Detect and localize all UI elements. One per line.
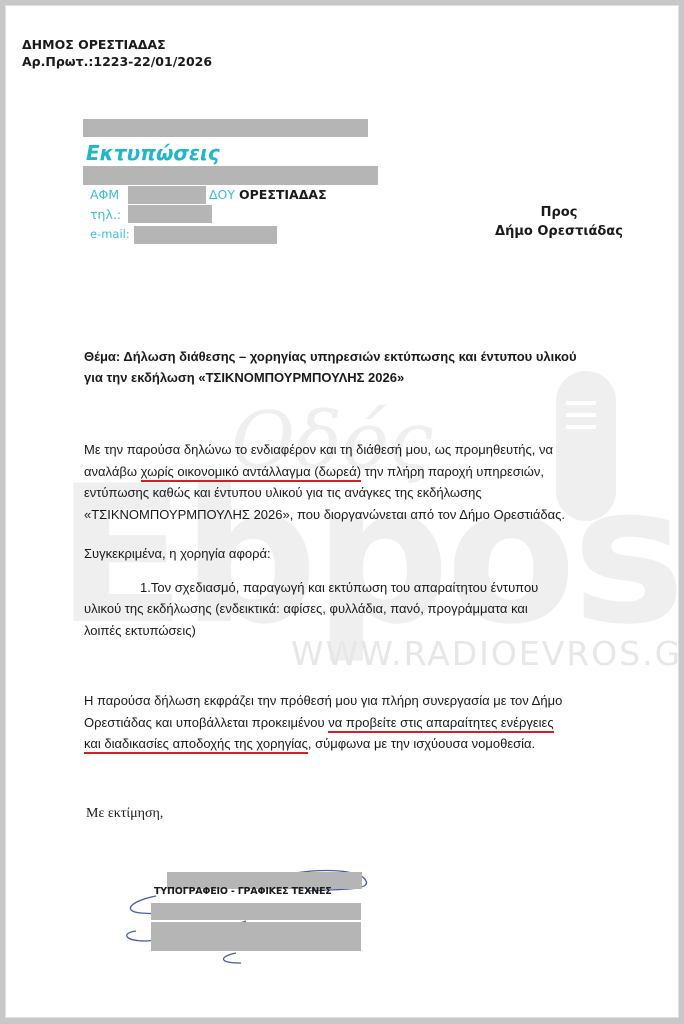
text-line: και διαδικασίες αποδοχής της χορηγίας, σ… bbox=[84, 733, 654, 755]
redacted-address bbox=[83, 166, 378, 185]
text-fragment: Ορεστιάδας και υποβάλλεται προκειμένου bbox=[84, 715, 328, 730]
underlined-donation-text: χωρίς οικονομικό αντάλλαγμα (δωρεά) bbox=[141, 464, 361, 479]
redacted-stamp-line-1 bbox=[151, 903, 361, 920]
redacted-email bbox=[134, 226, 277, 244]
text-line: Η παρούσα δήλωση εκφράζει την πρόθεσή μο… bbox=[84, 690, 654, 712]
underlined-procedures-text: και διαδικασίες αποδοχής της χορηγίας bbox=[84, 736, 308, 751]
text-line: Με την παρούσα δηλώνω το ενδιαφέρον και … bbox=[84, 439, 654, 461]
text-fragment: αναλάβω bbox=[84, 464, 141, 479]
document-page: Οδός Ebpos971 WWW.RADIOEVROS.GR ΔΗΜΟΣ ΟΡ… bbox=[5, 5, 679, 1018]
redacted-stamp-line-2 bbox=[151, 922, 361, 951]
afm-label: ΑΦΜ bbox=[90, 187, 119, 202]
text-line: Ορεστιάδας και υποβάλλεται προκειμένου ν… bbox=[84, 712, 654, 734]
text-line: λοιπές εκτυπώσεις) bbox=[84, 620, 654, 642]
phone-label: τηλ.: bbox=[90, 207, 121, 222]
redacted-company-name bbox=[83, 119, 368, 137]
subject-line-2: για την εκδήλωση «ΤΣΙΚΝΟΜΠΟΥΡΜΠΟΥΛΗΣ 202… bbox=[84, 367, 644, 388]
underlined-actions-text: να προβείτε στις απαραίτητες ενέργειες bbox=[328, 715, 553, 730]
doy-value: ΟΡΕΣΤΙΑΔΑΣ bbox=[239, 187, 327, 202]
doy-label: ΔΟΥ bbox=[209, 187, 235, 202]
recipient: Προς Δήμο Ορεστιάδας bbox=[479, 203, 639, 241]
text-fragment: , σύμφωνα με την ισχύουσα νομοθεσία. bbox=[308, 736, 535, 751]
text-fragment: την πλήρη παροχή υπηρεσιών, bbox=[361, 464, 544, 479]
subject: Θέμα: Δήλωση διάθεσης – χορηγίας υπηρεσι… bbox=[84, 346, 644, 388]
recipient-to: Προς bbox=[479, 203, 639, 222]
protocol-number: Αρ.Πρωτ.:1223-22/01/2026 bbox=[22, 53, 212, 70]
paragraph-sponsorship: Συγκεκριμένα, η χορηγία αφορά: 1.Τον σχε… bbox=[84, 543, 654, 641]
text-line: υλικού της εκδήλωσης (ενδεικτικά: αφίσες… bbox=[84, 598, 654, 620]
document-header: ΔΗΜΟΣ ΟΡΕΣΤΙΑΔΑΣ Αρ.Πρωτ.:1223-22/01/202… bbox=[22, 36, 212, 70]
closing: Με εκτίμηση, bbox=[86, 806, 163, 822]
list-item: 1.Τον σχεδιασμό, παραγωγή και εκτύπωση τ… bbox=[84, 577, 654, 599]
text-line: Συγκεκριμένα, η χορηγία αφορά: bbox=[84, 543, 654, 565]
redacted-phone bbox=[128, 205, 212, 223]
afm-row: ΑΦΜ bbox=[90, 187, 119, 202]
stamp-label: ΤΥΠΟΓΡΑΦΕΙΟ - ΓΡΑΦΙΚΕΣ ΤΕΧΝΕΣ bbox=[154, 886, 332, 897]
recipient-name: Δήμο Ορεστιάδας bbox=[479, 222, 639, 241]
text-line: εντύπωσης καθώς και έντυπου υλικού για τ… bbox=[84, 482, 654, 504]
doy-row: ΔΟΥ ΟΡΕΣΤΙΑΔΑΣ bbox=[209, 187, 327, 202]
brand-name: Εκτυπώσεις bbox=[86, 141, 220, 165]
paragraph-intent: Η παρούσα δήλωση εκφράζει την πρόθεσή μο… bbox=[84, 690, 654, 755]
subject-line-1: Θέμα: Δήλωση διάθεσης – χορηγίας υπηρεσι… bbox=[84, 346, 644, 367]
redacted-afm bbox=[128, 186, 206, 204]
email-label: e-mail: bbox=[90, 227, 130, 241]
text-line: «ΤΣΙΚΝΟΜΠΟΥΡΜΠΟΥΛΗΣ 2026», που διοργανών… bbox=[84, 504, 654, 526]
paragraph-declaration: Με την παρούσα δηλώνω το ενδιαφέρον και … bbox=[84, 439, 654, 525]
municipality-name: ΔΗΜΟΣ ΟΡΕΣΤΙΑΔΑΣ bbox=[22, 36, 212, 53]
text-line: αναλάβω χωρίς οικονομικό αντάλλαγμα (δωρ… bbox=[84, 461, 654, 483]
